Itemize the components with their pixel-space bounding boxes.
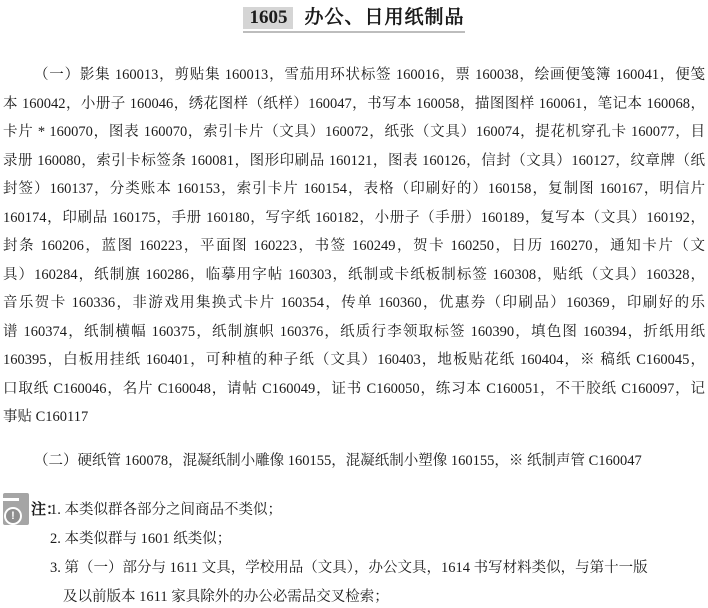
text-line: 谱 160374，纸制横幅 160375，纸制旗帜 160376，纸质行李领取标… <box>3 318 705 347</box>
text-line: 本 160042，小册子 160046，绣花图样（纸样）160047，书写本 1… <box>3 90 705 119</box>
alert-badge-exclamation: ! <box>6 509 20 523</box>
text-line: 2. 本类似群与 1601 纸类似； <box>50 525 708 554</box>
book-page-stripe <box>3 498 19 501</box>
text-line: 封条 160206，蓝图 160223，平面图 160223，书签 160249… <box>3 232 705 261</box>
text-line: 录册 160080，索引卡标签条 160081，图形印刷品 160121，图表 … <box>3 147 705 176</box>
text-line: 160395，白板用挂纸 160401，可种植的种子纸（文具）160403，地板… <box>3 346 705 375</box>
text-line: 音乐贺卡 160336，非游戏用集换式卡片 160354，传单 160360，优… <box>3 289 705 318</box>
text-line: 1. 本类似群各部分之间商品不类似； <box>50 496 708 525</box>
text-line: 封签）160137，分类账本 160153，索引卡片 160154，表格（印刷好… <box>3 175 705 204</box>
section-header-underline: 1605 办公、日用纸制品 <box>243 7 464 33</box>
text-line: 具）160284，纸制旗 160286，临摹用字帖 160303，纸制或卡纸板制… <box>3 261 705 290</box>
note-alert-icon: ! <box>3 493 29 527</box>
text-line: 160174，印刷品 160175，手册 160180，写字纸 160182，小… <box>3 204 705 233</box>
text-line: 卡片 * 160070，图表 160070，索引卡片（文具）160072，纸张（… <box>3 118 705 147</box>
section-code-badge: 1605 <box>243 7 293 29</box>
text-line: 口取纸 C160046，名片 C160048，请帖 C160049，证书 C16… <box>3 375 705 404</box>
document-page: 1605 办公、日用纸制品 （一）影集 160013，剪贴集 160013，雪茄… <box>0 0 708 608</box>
goods-paragraph-part1: （一）影集 160013，剪贴集 160013，雪茄用环状标签 160016，票… <box>3 61 705 432</box>
text-line: 事贴 C160117 <box>3 403 705 432</box>
text-line: 及以前版本 1611 家具除外的办公必需品交叉检索； <box>50 583 708 608</box>
goods-paragraph-part2: （二）硬纸管 160078，混凝纸制小雕像 160155，混凝纸制小塑像 160… <box>3 447 705 476</box>
text-line: （一）影集 160013，剪贴集 160013，雪茄用环状标签 160016，票… <box>3 61 705 90</box>
notes-label: 注： <box>31 496 61 525</box>
text-line: （二）硬纸管 160078，混凝纸制小雕像 160155，混凝纸制小塑像 160… <box>3 447 705 476</box>
notes-list: 1. 本类似群各部分之间商品不类似；2. 本类似群与 1601 纸类似；3. 第… <box>0 496 708 608</box>
text-line: 3. 第（一）部分与 1611 文具，学校用品（文具），办公文具，1614 书写… <box>50 554 708 583</box>
section-title: 办公、日用纸制品 <box>304 7 464 29</box>
notes-section: ! 注： 1. 本类似群各部分之间商品不类似；2. 本类似群与 1601 纸类似… <box>0 496 708 608</box>
section-header: 1605 办公、日用纸制品 <box>0 7 708 33</box>
